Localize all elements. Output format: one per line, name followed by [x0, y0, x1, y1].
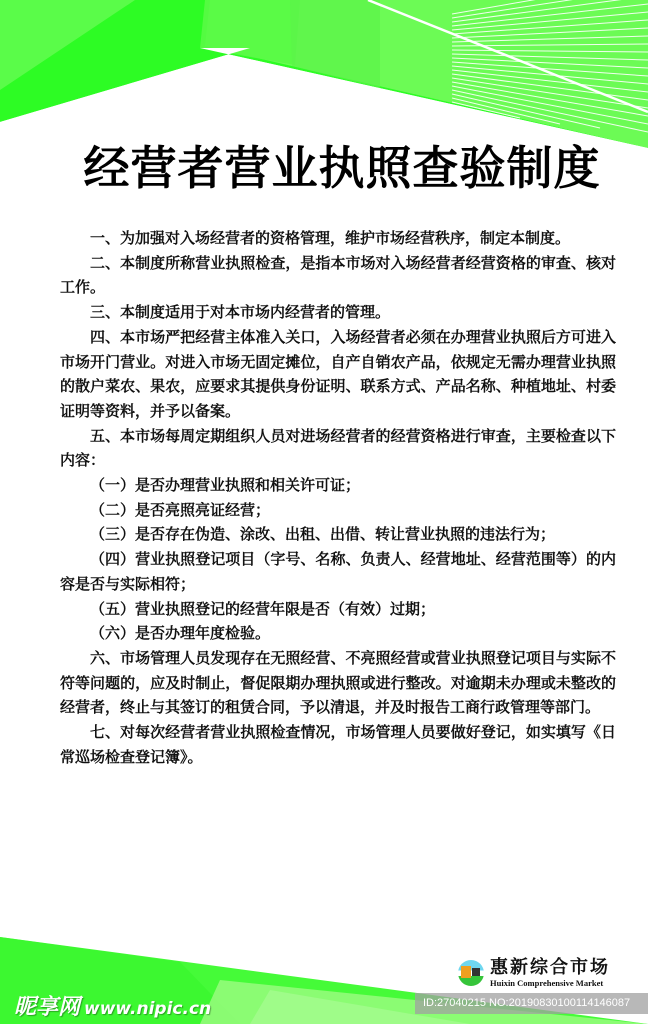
sub-item-5: （五）营业执照登记的经营年限是否（有效）过期； — [60, 597, 616, 622]
paragraph-6: 六、市场管理人员发现存在无照经营、不亮照经营或营业执照登记项目与实际不符等问题的… — [60, 646, 616, 720]
paragraph-7: 七、对每次经营者营业执照检查情况，市场管理人员要做好登记，如实填写《日常巡场检查… — [60, 720, 616, 769]
paragraph-1: 一、为加强对入场经营者的资格管理，维护市场经营秩序，制定本制度。 — [60, 226, 616, 251]
paragraph-2: 二、本制度所称营业执照检查，是指本市场对入场经营者经营资格的审查、核对工作。 — [60, 251, 616, 300]
paragraph-3: 三、本制度适用于对本市场内经营者的管理。 — [60, 300, 616, 325]
sub-item-4: （四）营业执照登记项目（字号、名称、负责人、经营地址、经营范围等）的内容是否与实… — [60, 547, 616, 596]
market-logo: 惠新综合市场 Huixin Comprehensive Market — [458, 958, 610, 988]
page-title: 经营者营业执照查验制度 — [0, 132, 648, 198]
watermark: 昵享网www.nipic.cn — [14, 990, 211, 1021]
logo-name-en: Huixin Comprehensive Market — [490, 978, 610, 988]
logo-name-cn: 惠新综合市场 — [490, 958, 610, 978]
watermark-url: www.nipic.cn — [84, 999, 211, 1019]
sub-item-1: （一）是否办理营业执照和相关许可证； — [60, 473, 616, 498]
image-id-bar: ID:27040215 NO:20190830100114146087 — [415, 993, 648, 1014]
sub-item-3: （三）是否存在伪造、涂改、出租、出借、转让营业执照的违法行为； — [60, 522, 616, 547]
watermark-site-name: 昵享网 — [14, 995, 80, 1020]
paragraph-4: 四、本市场严把经营主体准入关口，入场经营者必须在办理营业执照后方可进入市场开门营… — [60, 325, 616, 424]
paragraph-5: 五、本市场每周定期组织人员对进场经营者的经营资格进行审查，主要检查以下内容： — [60, 424, 616, 473]
sub-item-6: （六）是否办理年度检验。 — [60, 621, 616, 646]
document-body: 一、为加强对入场经营者的资格管理，维护市场经营秩序，制定本制度。 二、本制度所称… — [60, 226, 616, 769]
sub-item-2: （二）是否亮照亮证经营； — [60, 498, 616, 523]
logo-text: 惠新综合市场 Huixin Comprehensive Market — [490, 958, 610, 988]
market-logo-icon — [458, 960, 484, 986]
